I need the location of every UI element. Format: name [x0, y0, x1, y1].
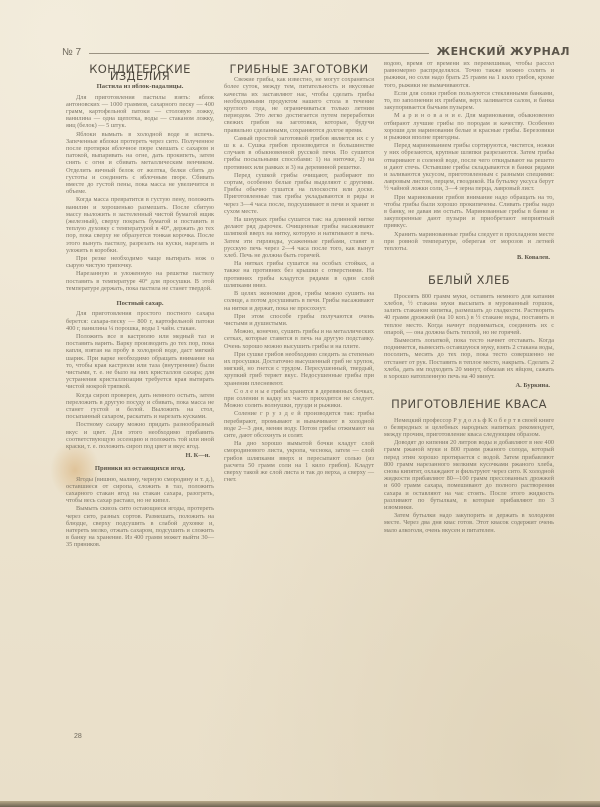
paragraph: Можно, конечно, сушить грибы и на металл… [224, 328, 374, 350]
paragraph: Яблоки вымыть в холодной воде и испечь. … [66, 131, 214, 196]
paragraph: Если для солки грибов пользуются стеклян… [384, 90, 554, 112]
paragraph: Вымесить лопаткой, пока тесто начнет отс… [384, 337, 554, 380]
signature: В. Ковалев. [384, 254, 550, 261]
magazine-page: № 7 ЖЕНСКИЙ ЖУРНАЛ КОНДИТЕРСКИЕ ИЗДЕЛИЯ … [0, 0, 600, 807]
paragraph: М а р и н о в а н и е. Для маринования, … [384, 112, 554, 141]
paragraph: Самый простой заготовкой грибов является… [224, 135, 374, 171]
paragraph: водою, время от времени их перемешивая, … [384, 60, 554, 89]
paragraph: Для приготовления пастилы взять: яблок а… [66, 94, 214, 130]
header-rule [89, 53, 429, 54]
paragraph: Доводят до кипения 20 литров воды и доба… [384, 439, 554, 511]
paragraph: Вымыть сквозь сито остающиеся ягоды, про… [66, 505, 214, 548]
column-middle: ГРИБНЫЕ ЗАГОТОВКИ Свежие грибы, как изве… [224, 66, 374, 483]
paragraph: Затем бутылки надо закупорить и держать … [384, 512, 554, 534]
paragraph: При мариновании грибов внимание надо обр… [384, 194, 554, 230]
paragraph: Для приготовления простого постного саха… [66, 310, 214, 332]
page-number: 28 [74, 733, 82, 740]
subtitle-lenten-sugar: Постный сахар. [66, 300, 214, 307]
signature: А. Буркина. [384, 382, 550, 389]
paragraph: С о л е н ы е грибы хранятся в деревянны… [224, 388, 374, 410]
section-title-white-bread: БЕЛЫЙ ХЛЕБ [384, 277, 554, 284]
paragraph: Постному сахару можно придать разнообраз… [66, 421, 214, 450]
paragraph: Перед сушкой грибы очищают, разбирают по… [224, 172, 374, 215]
paragraph: В целях экономии дров, грибы можно сушит… [224, 290, 374, 312]
paragraph: Соление г р у з д е й производится так: … [224, 410, 374, 439]
paragraph: На дно хорошо вымытой бочки кладут слой … [224, 440, 374, 483]
paragraph: На шнурках грибы сушатся так: на длинной… [224, 216, 374, 259]
page-bottom-edge [0, 801, 600, 807]
section-title-kvass: ПРИГОТОВЛЕНИЕ КВАСА [384, 401, 554, 408]
issue-number: № 7 [62, 47, 81, 58]
column-left: КОНДИТЕРСКИЕ ИЗДЕЛИЯ Пастила из яблок-па… [66, 66, 214, 549]
paragraph: Ягоды (вишню, малину, черную смородину и… [66, 476, 214, 505]
section-title-mushrooms: ГРИБНЫЕ ЗАГОТОВКИ [224, 66, 374, 73]
subtitle-pastila: Пастила из яблок-падалицы. [66, 83, 214, 90]
paragraph: Просеять 800 грамм муки, оставить немног… [384, 293, 554, 336]
paragraph: Положить все в кастрюлю или медный таз и… [66, 333, 214, 391]
paragraph: Перед маринованием грибы сортируются, чи… [384, 142, 554, 192]
paragraph: При сушке грибов необходимо следить за с… [224, 351, 374, 387]
paragraph: На нитках грибы сушатся на особых стойка… [224, 260, 374, 289]
paragraph: При резке необходимо чаще вытирать нож о… [66, 255, 214, 269]
paragraph: Когда масса превратится в густую пену, п… [66, 196, 214, 254]
paragraph: При этом способе грибы получаются очень … [224, 313, 374, 327]
paragraph: Когда сироп проверен, дать немного остыт… [66, 392, 214, 421]
paragraph: Нарезанную и уложенную на решетке пастил… [66, 270, 214, 292]
paragraph: Хранить маринованные грибы следует в про… [384, 231, 554, 253]
signature: Н. К—н. [66, 452, 210, 459]
section-title-confectionery: КОНДИТЕРСКИЕ ИЗДЕЛИЯ [66, 66, 214, 80]
subtitle-berry-gingerbread: Пряники из остающихся ягод. [66, 465, 214, 472]
page-header: № 7 ЖЕНСКИЙ ЖУРНАЛ [62, 42, 570, 58]
column-right: водою, время от времени их перемешивая, … [384, 60, 554, 534]
paragraph: Немецкий профессор Р у д о л ь ф К о б е… [384, 417, 554, 439]
paragraph: Свежие грибы, как известно, не могут сох… [224, 76, 374, 134]
magazine-title: ЖЕНСКИЙ ЖУРНАЛ [437, 45, 570, 58]
